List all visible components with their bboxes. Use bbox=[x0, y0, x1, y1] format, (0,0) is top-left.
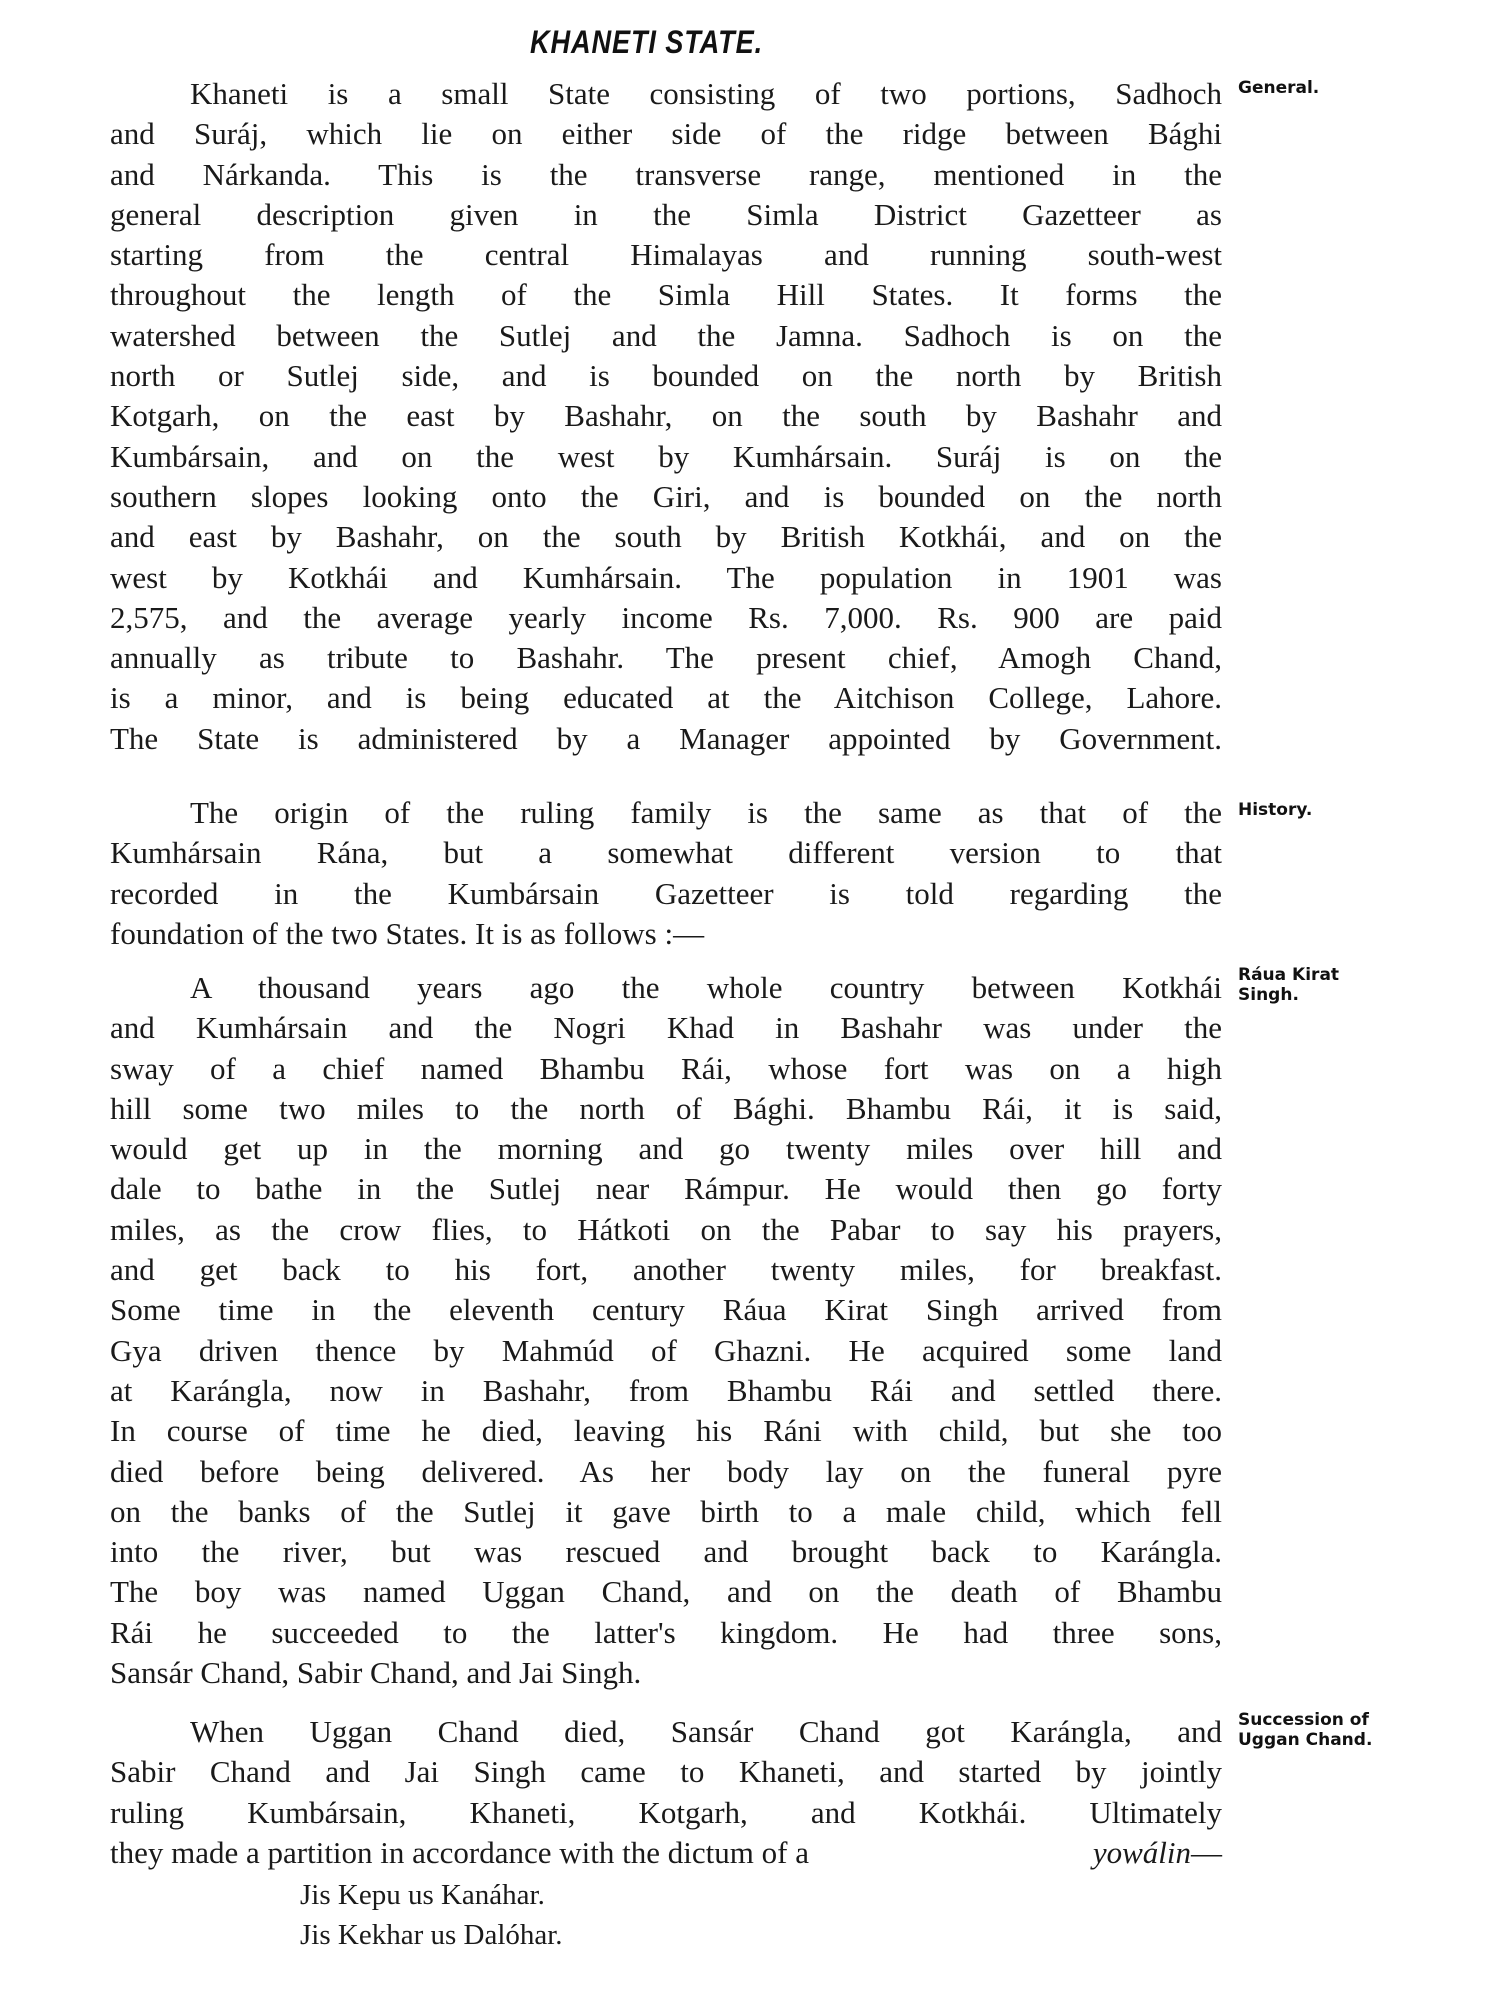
paragraph-general-text: Khaneti is a small State consisting of t… bbox=[110, 74, 1222, 759]
text-line: hill some two miles to the north of Bágh… bbox=[110, 1089, 1222, 1129]
text-line: would get up in the morning and go twent… bbox=[110, 1129, 1222, 1169]
paragraph-rana-kirat-singh-text: A thousand years ago the whole country b… bbox=[110, 968, 1222, 1693]
text-line: at Karángla, now in Bashahr, from Bhambu… bbox=[110, 1371, 1222, 1411]
verse-line: Jis Kekhar us Dalóhar. bbox=[300, 1915, 563, 1955]
text-line: they made a partition in accordance with… bbox=[110, 1833, 1222, 1873]
text-line: ruling Kumbársain, Khaneti, Kotgarh, and… bbox=[110, 1793, 1222, 1833]
paragraph-history-text: The origin of the ruling family is the s… bbox=[110, 793, 1222, 954]
text-line: Sansár Chand, Sabir Chand, and Jai Singh… bbox=[110, 1653, 1222, 1693]
text-line: The boy was named Uggan Chand, and on th… bbox=[110, 1572, 1222, 1612]
margin-note-rana-kirat-singh: Ráua Kirat Singh. bbox=[1238, 965, 1388, 1005]
text-line: is a minor, and is being educated at the… bbox=[110, 678, 1222, 718]
text-line: Sabir Chand and Jai Singh came to Khanet… bbox=[110, 1752, 1222, 1792]
text-line-part: they made a partition in accordance with… bbox=[110, 1833, 809, 1873]
text-line: died before being delivered. As her body… bbox=[110, 1452, 1222, 1492]
margin-note-history: History. bbox=[1238, 800, 1398, 820]
em-dash: — bbox=[1191, 1835, 1222, 1870]
text-line: throughout the length of the Simla Hill … bbox=[110, 275, 1222, 315]
text-line: In course of time he died, leaving his R… bbox=[110, 1411, 1222, 1451]
text-line: starting from the central Himalayas and … bbox=[110, 235, 1222, 275]
text-line: and east by Bashahr, on the south by Bri… bbox=[110, 517, 1222, 557]
text-line: When Uggan Chand died, Sansár Chand got … bbox=[110, 1712, 1222, 1752]
paragraph-history: The origin of the ruling family is the s… bbox=[110, 793, 1222, 954]
text-line: west by Kotkhái and Kumhársain. The popu… bbox=[110, 558, 1222, 598]
text-line: watershed between the Sutlej and the Jam… bbox=[110, 316, 1222, 356]
page-title: KHANETI STATE. bbox=[530, 24, 763, 61]
text-line: foundation of the two States. It is as f… bbox=[110, 914, 1222, 954]
paragraph-succession-text: When Uggan Chand died, Sansár Chand got … bbox=[110, 1712, 1222, 1873]
text-line: Kumbársain, and on the west by Kumhársai… bbox=[110, 437, 1222, 477]
text-line: recorded in the Kumbársain Gazetteer is … bbox=[110, 874, 1222, 914]
italic-term: yowálin bbox=[1093, 1835, 1191, 1870]
text-line: into the river, but was rescued and brou… bbox=[110, 1532, 1222, 1572]
text-line: miles, as the crow flies, to Hátkoti on … bbox=[110, 1210, 1222, 1250]
text-line: sway of a chief named Bhambu Rái, whose … bbox=[110, 1049, 1222, 1089]
text-line: Kotgarh, on the east by Bashahr, on the … bbox=[110, 396, 1222, 436]
text-line: and Nárkanda. This is the transverse ran… bbox=[110, 155, 1222, 195]
text-line: The origin of the ruling family is the s… bbox=[110, 793, 1222, 833]
text-line: dale to bathe in the Sutlej near Rámpur.… bbox=[110, 1169, 1222, 1209]
text-line: The State is administered by a Manager a… bbox=[110, 719, 1222, 759]
text-line: and Kumhársain and the Nogri Khad in Bas… bbox=[110, 1008, 1222, 1048]
paragraph-succession: When Uggan Chand died, Sansár Chand got … bbox=[110, 1712, 1222, 1873]
italic-term-group: yowálin— bbox=[1093, 1833, 1222, 1873]
paragraph-general: Khaneti is a small State consisting of t… bbox=[110, 74, 1222, 759]
text-line: 2,575, and the average yearly income Rs.… bbox=[110, 598, 1222, 638]
text-line: Some time in the eleventh century Ráua K… bbox=[110, 1290, 1222, 1330]
paragraph-rana-kirat-singh: A thousand years ago the whole country b… bbox=[110, 968, 1222, 1693]
text-line: Khaneti is a small State consisting of t… bbox=[110, 74, 1222, 114]
text-line: Kumhársain Rána, but a somewhat differen… bbox=[110, 833, 1222, 873]
verse-block: Jis Kepu us Kanáhar. Jis Kekhar us Dalóh… bbox=[300, 1875, 563, 1955]
margin-note-succession: Succession of Uggan Chand. bbox=[1238, 1710, 1388, 1750]
margin-note-general: General. bbox=[1238, 78, 1398, 98]
text-line: Gya driven thence by Mahmúd of Ghazni. H… bbox=[110, 1331, 1222, 1371]
text-line: A thousand years ago the whole country b… bbox=[110, 968, 1222, 1008]
text-line: north or Sutlej side, and is bounded on … bbox=[110, 356, 1222, 396]
verse-line: Jis Kepu us Kanáhar. bbox=[300, 1875, 563, 1915]
text-line: annually as tribute to Bashahr. The pres… bbox=[110, 638, 1222, 678]
text-line: general description given in the Simla D… bbox=[110, 195, 1222, 235]
text-line: southern slopes looking onto the Giri, a… bbox=[110, 477, 1222, 517]
text-line: and Suráj, which lie on either side of t… bbox=[110, 114, 1222, 154]
text-line: and get back to his fort, another twenty… bbox=[110, 1250, 1222, 1290]
text-line: Rái he succeeded to the latter's kingdom… bbox=[110, 1613, 1222, 1653]
text-line: on the banks of the Sutlej it gave birth… bbox=[110, 1492, 1222, 1532]
